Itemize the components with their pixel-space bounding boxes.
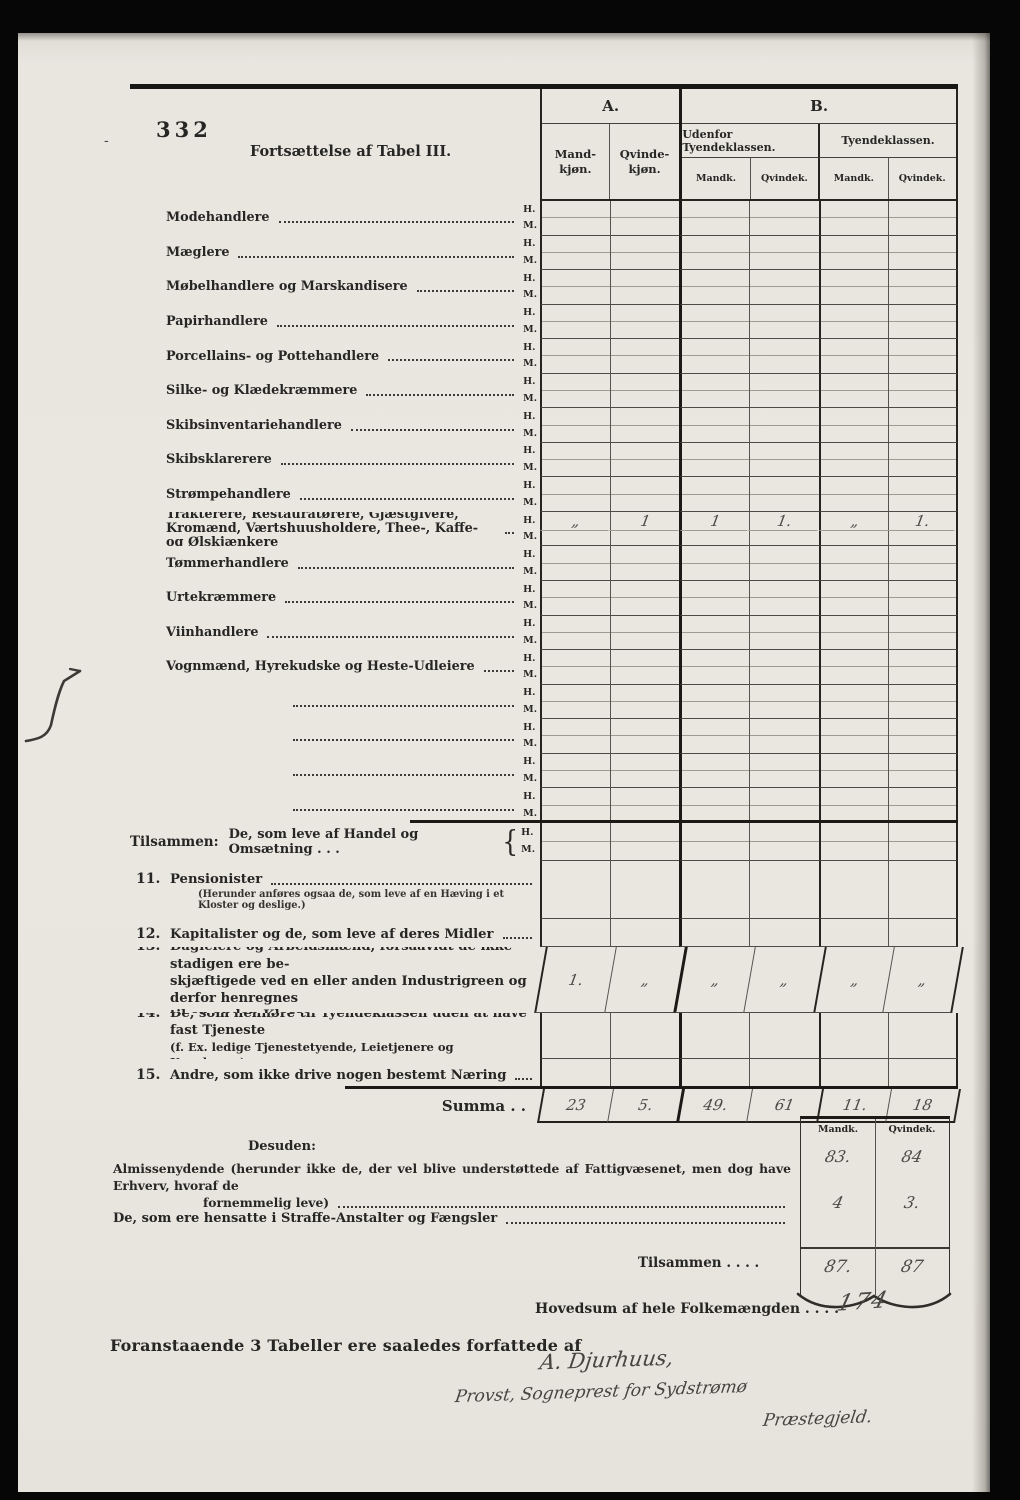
- occupation-label: Porcellains- og Pottehandlere: [166, 350, 379, 364]
- m-mark: M.: [523, 356, 537, 373]
- occupation-label: Trakterere, Restauratørere, Gjæstgivere,…: [166, 512, 496, 547]
- table-row: Porcellains- og Pottehandlere H. M.: [130, 339, 958, 374]
- table-cell: [819, 685, 889, 720]
- table-row: Modehandlere H. M.: [130, 201, 958, 236]
- document-page: 332 - Fortsættelse af Tabel III. A. Mand…: [18, 33, 990, 1492]
- table-cell: [749, 919, 819, 947]
- table-cell: [749, 823, 819, 861]
- header-group-b: B. Udenfor Tyendeklassen. Tyendeklassen.…: [679, 89, 958, 201]
- table-cell: [749, 339, 819, 374]
- occupation-label: Urtekræmmere: [166, 591, 276, 605]
- table-cell: „: [813, 947, 894, 1013]
- dotted-leader: [505, 532, 514, 534]
- census-table: A. Mand-kjøn. Qvinde-kjøn. B. Udenfor Ty…: [130, 89, 958, 1123]
- table-cell: [540, 339, 610, 374]
- table-cell: [679, 477, 749, 512]
- table-cell: [819, 339, 889, 374]
- signature-title: Provst, Sogneprest for Sydstrømø: [454, 1377, 749, 1407]
- header-udenfor-tyendeklassen: Udenfor Tyendeklassen.: [682, 124, 818, 158]
- dotted-leader: [281, 463, 514, 465]
- appendix-value: 3.: [873, 1193, 951, 1212]
- table-cell: 49.: [676, 1089, 752, 1123]
- table-cell: [749, 270, 819, 305]
- table-cell: [888, 650, 958, 685]
- hm-marks: H. M.: [523, 513, 537, 546]
- table-cell: 1: [679, 512, 749, 547]
- table-cell: „: [540, 512, 610, 547]
- table-cell: [819, 305, 889, 340]
- table-cell: [888, 1013, 958, 1059]
- table-cell: [679, 754, 749, 789]
- h-mark: H.: [523, 443, 537, 460]
- table-cell: [819, 719, 889, 754]
- signature-parish: Præstegjeld.: [762, 1407, 874, 1431]
- h-mark: H.: [521, 825, 535, 842]
- h-mark: H.: [523, 547, 537, 564]
- hm-marks: H. M.: [523, 651, 537, 684]
- table-row: Trakterere, Restauratørere, Gjæstgivere,…: [130, 512, 958, 547]
- item-text: Pensionister: [170, 871, 262, 888]
- item-text: Kapitalister og de, som leve af deres Mi…: [170, 926, 494, 943]
- table-cell: [679, 650, 749, 685]
- appendix-row-straffe: 4 3.: [801, 1193, 949, 1212]
- table-cell: [888, 616, 958, 651]
- row-label-cell: Vognmænd, Hyrekudske og Heste-Udleiere H…: [130, 650, 540, 685]
- row-label-cell: Skibsinventariehandlere H. M.: [130, 408, 540, 443]
- desuden-heading: Desuden:: [248, 1139, 316, 1154]
- table-row: H. M.: [130, 685, 958, 720]
- table-cell: [679, 374, 749, 409]
- table-cell: [749, 719, 819, 754]
- table-cell: [610, 443, 680, 478]
- table-row: Papirhandlere H. M.: [130, 305, 958, 340]
- table-cell: [679, 201, 749, 236]
- table-cell: [679, 616, 749, 651]
- item-12-label: 12. Kapitalister og de, som leve af dere…: [130, 919, 540, 947]
- appendix-value: 83.: [799, 1147, 877, 1166]
- table-cell: [749, 201, 819, 236]
- header-sub-mandk-2: Mandk.: [818, 158, 887, 199]
- row-label-cell: Tømmerhandlere H. M.: [130, 546, 540, 581]
- row-label-cell: Viinhandlere H. M.: [130, 616, 540, 651]
- row-label-cell: H. M.: [130, 719, 540, 754]
- table-cell: [819, 1013, 889, 1059]
- header-group-a: A. Mand-kjøn. Qvinde-kjøn.: [540, 89, 679, 201]
- table-cell: [888, 201, 958, 236]
- occupation-label: Skibsinventariehandlere: [166, 419, 342, 433]
- hm-marks: H. M.: [523, 582, 537, 615]
- item-number: 14.: [136, 1013, 170, 1021]
- header-sub-mandk-1: Mandk.: [682, 158, 749, 199]
- table-cell: [888, 305, 958, 340]
- h-mark: H.: [523, 374, 537, 391]
- header-a-label: A.: [542, 89, 679, 124]
- item-text: skjæftigede ved en eller anden Industrig…: [170, 973, 538, 1007]
- table-cell: [679, 685, 749, 720]
- header-tyendeklassen: Tyendeklassen.: [818, 124, 956, 158]
- table-cell: [540, 719, 610, 754]
- table-cell: [610, 823, 680, 861]
- h-mark: H.: [523, 720, 537, 737]
- table-cell: [540, 1059, 610, 1089]
- table-cell: „: [604, 947, 685, 1013]
- table-row: H. M.: [130, 788, 958, 823]
- table-cell: [540, 788, 610, 823]
- footer-statement: Foranstaaende 3 Tabeller ere saaledes fo…: [110, 1336, 582, 1355]
- appendix-value: 4: [799, 1193, 877, 1212]
- table-cell: [540, 616, 610, 651]
- hm-marks: H. M.: [523, 202, 537, 235]
- h-mark: H.: [523, 409, 537, 426]
- table-cell: [610, 408, 680, 443]
- h-mark: H.: [523, 271, 537, 288]
- hm-marks: H. M.: [521, 825, 535, 858]
- h-mark: H.: [523, 513, 537, 530]
- dotted-leader: [417, 290, 514, 292]
- almisse-paragraph: Almissenydende (herunder ikke de, der ve…: [113, 1161, 791, 1213]
- hm-marks: H. M.: [523, 271, 537, 304]
- dotted-leader: [293, 809, 514, 811]
- table-cell: [749, 1013, 819, 1059]
- table-cell: [749, 374, 819, 409]
- table-row: Skibsklarerere H. M.: [130, 443, 958, 478]
- h-mark: H.: [523, 582, 537, 599]
- table-cell: [819, 270, 889, 305]
- row-label-cell: Møbelhandlere og Marskandisere H. M.: [130, 270, 540, 305]
- table-row: H. M.: [130, 719, 958, 754]
- table-cell: [819, 919, 889, 947]
- h-mark: H.: [523, 616, 537, 633]
- table-row: Tømmerhandlere H. M.: [130, 546, 958, 581]
- hovedsum-value: 174: [834, 1287, 892, 1316]
- row-label-cell: Strømpehandlere H. M.: [130, 477, 540, 512]
- header-sub-qvindek-2: Qvindek.: [888, 158, 956, 199]
- tilsammen-text: De, som leve af Handel og Omsætning . . …: [229, 827, 495, 857]
- table-cell: [679, 236, 749, 271]
- table-cell: [749, 788, 819, 823]
- table-cell: [540, 270, 610, 305]
- hovedsum-label: Hovedsum af hele Folkemængden . . . .: [535, 1301, 839, 1317]
- table-cell: [540, 650, 610, 685]
- table-cell: [819, 443, 889, 478]
- table-row: Mæglere H. M.: [130, 236, 958, 271]
- hm-marks: H. M.: [523, 616, 537, 649]
- dotted-leader: [300, 498, 514, 500]
- table-cell: [749, 236, 819, 271]
- m-mark: M.: [523, 218, 537, 235]
- dotted-leader: [298, 567, 514, 569]
- hm-marks: H. M.: [523, 754, 537, 787]
- m-mark: M.: [523, 391, 537, 408]
- table-cell: [749, 305, 819, 340]
- header-col-mandkjon: Mand-kjøn.: [542, 124, 609, 199]
- item-number: 15.: [136, 1067, 170, 1083]
- almisse-line2: fornemmelig leve): [203, 1194, 329, 1212]
- table-cell: [540, 443, 610, 478]
- table-cell: [610, 861, 680, 919]
- row-label-cell: Urtekræmmere H. M.: [130, 581, 540, 616]
- table-cell: 1: [610, 512, 680, 547]
- occupation-label: Strømpehandlere: [166, 488, 291, 502]
- dotted-leader: [351, 429, 514, 431]
- table-cell: [610, 685, 680, 720]
- row-label-cell: Trakterere, Restauratørere, Gjæstgivere,…: [130, 512, 540, 547]
- table-cell: [540, 546, 610, 581]
- occupation-label: Vognmænd, Hyrekudske og Heste-Udleiere: [166, 660, 475, 674]
- item-15-label: 15. Andre, som ikke drive nogen bestemt …: [130, 1059, 540, 1089]
- table-cell: [819, 408, 889, 443]
- item-text: Dagleiere og Arbeidsmænd, forsaavidt de …: [170, 947, 538, 973]
- item-note: (Herunder anføres ogsaa de, som leve af …: [198, 889, 538, 911]
- table-cell: [679, 270, 749, 305]
- table-cell: [679, 408, 749, 443]
- m-mark: M.: [523, 667, 537, 684]
- table-cell: [888, 443, 958, 478]
- row-label-cell: H. M.: [130, 685, 540, 720]
- table-cell: [749, 616, 819, 651]
- table-cell: „: [819, 512, 889, 547]
- table-cell: [610, 919, 680, 947]
- dotted-leader: [293, 705, 514, 707]
- h-mark: H.: [523, 305, 537, 322]
- appendix-col-qvindek: Qvindek.: [875, 1124, 949, 1135]
- header-sub-qvindek-1: Qvindek.: [750, 158, 818, 199]
- table-cell: [819, 236, 889, 271]
- row-label-cell: Papirhandlere H. M.: [130, 305, 540, 340]
- row-label-cell: Mæglere H. M.: [130, 236, 540, 271]
- table-cell: „: [882, 947, 963, 1013]
- m-mark: M.: [523, 529, 537, 546]
- item-row-13: 13. Dagleiere og Arbeidsmænd, forsaavidt…: [130, 947, 958, 1013]
- table-cell: [540, 919, 610, 947]
- scan-background: 332 - Fortsættelse af Tabel III. A. Mand…: [0, 0, 1020, 1500]
- table-cell: [888, 270, 958, 305]
- h-mark: H.: [523, 236, 537, 253]
- item-11-label: 11. Pensionister (Herunder anføres ogsaa…: [130, 861, 540, 919]
- dotted-leader: [238, 256, 514, 258]
- table-cell: [679, 719, 749, 754]
- table-cell: „: [743, 947, 824, 1013]
- table-cell: [749, 546, 819, 581]
- summa-label: Summa . .: [442, 1097, 526, 1115]
- h-mark: H.: [523, 340, 537, 357]
- appendix-divider: [801, 1247, 949, 1249]
- table-row: Møbelhandlere og Marskandisere H. M.: [130, 270, 958, 305]
- table-cell: „: [673, 947, 754, 1013]
- row-label-cell: H. M.: [130, 754, 540, 789]
- occupation-label: Silke- og Klædekræmmere: [166, 384, 357, 398]
- hm-marks: H. M.: [523, 340, 537, 373]
- item-row-14: 14. De, som henhøre til Tyendeklassen ud…: [130, 1013, 958, 1059]
- dotted-leader: [285, 601, 514, 603]
- item-text: Andre, som ikke drive nogen bestemt Næri…: [170, 1067, 506, 1084]
- occupation-label: Modehandlere: [166, 211, 270, 225]
- m-mark: M.: [521, 842, 535, 859]
- dotted-leader: [293, 774, 514, 776]
- table-cell: [610, 477, 680, 512]
- occupation-label: Mæglere: [166, 246, 229, 260]
- m-mark: M.: [523, 426, 537, 443]
- m-mark: M.: [523, 253, 537, 270]
- table-cell: [610, 1059, 680, 1089]
- bracket: {: [502, 827, 518, 856]
- item-13-label: 13. Dagleiere og Arbeidsmænd, forsaavidt…: [130, 947, 540, 1013]
- dotted-leader: [388, 359, 514, 361]
- dotted-leader: [484, 670, 515, 672]
- m-mark: M.: [523, 495, 537, 512]
- dotted-leader: [293, 739, 514, 741]
- almisse-line1: Almissenydende (herunder ikke de, der ve…: [113, 1161, 791, 1194]
- table-cell: [610, 754, 680, 789]
- table-cell: [610, 719, 680, 754]
- straffe-line: De, som ere hensatte i Straffe-Anstalter…: [113, 1211, 791, 1226]
- item-row-12: 12. Kapitalister og de, som leve af dere…: [130, 919, 958, 947]
- table-cell: [888, 788, 958, 823]
- table-cell: [888, 546, 958, 581]
- hm-marks: H. M.: [523, 409, 537, 442]
- table-cell: [819, 823, 889, 861]
- header-b-label: B.: [682, 89, 956, 124]
- table-cell: [749, 754, 819, 789]
- item-text: De, som henhøre til Tyendeklassen uden a…: [170, 1013, 538, 1040]
- hm-marks: H. M.: [523, 374, 537, 407]
- h-mark: H.: [523, 754, 537, 771]
- table-row: Strømpehandlere H. M.: [130, 477, 958, 512]
- table-cell: [540, 201, 610, 236]
- appendix-header: Mandk. Qvindek.: [801, 1119, 949, 1135]
- table-cell: [888, 339, 958, 374]
- m-mark: M.: [523, 771, 537, 788]
- item-number: 11.: [136, 871, 170, 887]
- occupation-rows: Modehandlere H. M. Mæglere H. M. Møbelha…: [130, 201, 958, 823]
- table-cell: [679, 788, 749, 823]
- table-cell: [610, 374, 680, 409]
- occupation-label: Papirhandlere: [166, 315, 268, 329]
- dotted-leader: [366, 394, 514, 396]
- table-cell: [679, 861, 749, 919]
- table-cell: [749, 1059, 819, 1089]
- h-mark: H.: [523, 789, 537, 806]
- table-cell: [679, 1013, 749, 1059]
- appendix-col-mandk: Mandk.: [801, 1124, 875, 1135]
- m-mark: M.: [523, 460, 537, 477]
- table-cell: [540, 823, 610, 861]
- table-cell: [888, 581, 958, 616]
- item-number: 13.: [136, 947, 170, 955]
- summa-label-cell: Summa . .: [130, 1089, 540, 1123]
- table-cell: [888, 477, 958, 512]
- table-row: Vognmænd, Hyrekudske og Heste-Udleiere H…: [130, 650, 958, 685]
- hm-marks: H. M.: [523, 720, 537, 753]
- appendix-value: 84: [873, 1147, 951, 1166]
- table-cell: [540, 408, 610, 443]
- table-cell: [819, 616, 889, 651]
- table-cell: [610, 546, 680, 581]
- table-cell: [540, 236, 610, 271]
- table-cell: [540, 754, 610, 789]
- m-mark: M.: [523, 598, 537, 615]
- occupation-label: Møbelhandlere og Marskandisere: [166, 280, 408, 294]
- item-14-label: 14. De, som henhøre til Tyendeklassen ud…: [130, 1013, 540, 1059]
- m-mark: M.: [523, 633, 537, 650]
- item-row-11: 11. Pensionister (Herunder anføres ogsaa…: [130, 861, 958, 919]
- table-cell: [819, 650, 889, 685]
- table-cell: [749, 408, 819, 443]
- table-cell: [610, 1013, 680, 1059]
- table-cell: [610, 339, 680, 374]
- table-cell: [679, 823, 749, 861]
- table-row: Skibsinventariehandlere H. M.: [130, 408, 958, 443]
- hm-marks: H. M.: [523, 443, 537, 476]
- row-label-cell: Modehandlere H. M.: [130, 201, 540, 236]
- appendix-table: Mandk. Qvindek. 83. 84 4 3. 87. 87: [800, 1116, 950, 1295]
- table-header: A. Mand-kjøn. Qvinde-kjøn. B. Udenfor Ty…: [130, 89, 958, 201]
- item-note: (f. Ex. ledige Tjenestetyende, Leietjene…: [170, 1040, 523, 1059]
- table-cell: [679, 339, 749, 374]
- table-cell: [819, 477, 889, 512]
- appendix-tilsammen-label: Tilsammen . . . .: [638, 1255, 759, 1271]
- table-cell: [819, 374, 889, 409]
- row-label-cell: Silke- og Klædekræmmere H. M.: [130, 374, 540, 409]
- occupation-label: Skibsklarerere: [166, 453, 272, 467]
- m-mark: M.: [523, 322, 537, 339]
- straffe-text: De, som ere hensatte i Straffe-Anstalter…: [113, 1211, 497, 1226]
- table-cell: [540, 374, 610, 409]
- table-cell: [749, 581, 819, 616]
- table-cell: [888, 919, 958, 947]
- h-mark: H.: [523, 685, 537, 702]
- table-cell: [610, 581, 680, 616]
- table-cell: [819, 1059, 889, 1089]
- table-cell: [819, 581, 889, 616]
- tilsammen-row: Tilsammen: De, som leve af Handel og Oms…: [130, 823, 958, 861]
- table-cell: [540, 581, 610, 616]
- table-cell: 5.: [607, 1089, 683, 1123]
- tilsammen-word: Tilsammen:: [130, 834, 219, 850]
- table-cell: [888, 1059, 958, 1089]
- table-cell: [819, 754, 889, 789]
- dotted-leader: [267, 636, 514, 638]
- table-cell: [819, 788, 889, 823]
- table-cell: [749, 650, 819, 685]
- table-cell: [679, 443, 749, 478]
- table-cell: [610, 305, 680, 340]
- handwritten-flourish: [24, 653, 90, 763]
- table-cell: [888, 861, 958, 919]
- table-header-label-area: [130, 89, 540, 201]
- m-mark: M.: [523, 736, 537, 753]
- table-cell: [610, 270, 680, 305]
- table-cell: [540, 477, 610, 512]
- header-col-qvindekjon: Qvinde-kjøn.: [609, 124, 680, 199]
- table-cell: [679, 581, 749, 616]
- table-cell: [888, 754, 958, 789]
- table-cell: [540, 685, 610, 720]
- table-cell: [610, 236, 680, 271]
- table-cell: [540, 305, 610, 340]
- item-number: 12.: [136, 926, 170, 942]
- appendix-value: 87.: [799, 1257, 877, 1277]
- table-cell: 1.: [749, 512, 819, 547]
- table-row: H. M.: [130, 754, 958, 789]
- table-cell: [610, 616, 680, 651]
- table-cell: [888, 236, 958, 271]
- table-cell: [888, 719, 958, 754]
- table-row: Viinhandlere H. M.: [130, 616, 958, 651]
- table-cell: [540, 861, 610, 919]
- hm-marks: H. M.: [523, 236, 537, 269]
- table-cell: [679, 546, 749, 581]
